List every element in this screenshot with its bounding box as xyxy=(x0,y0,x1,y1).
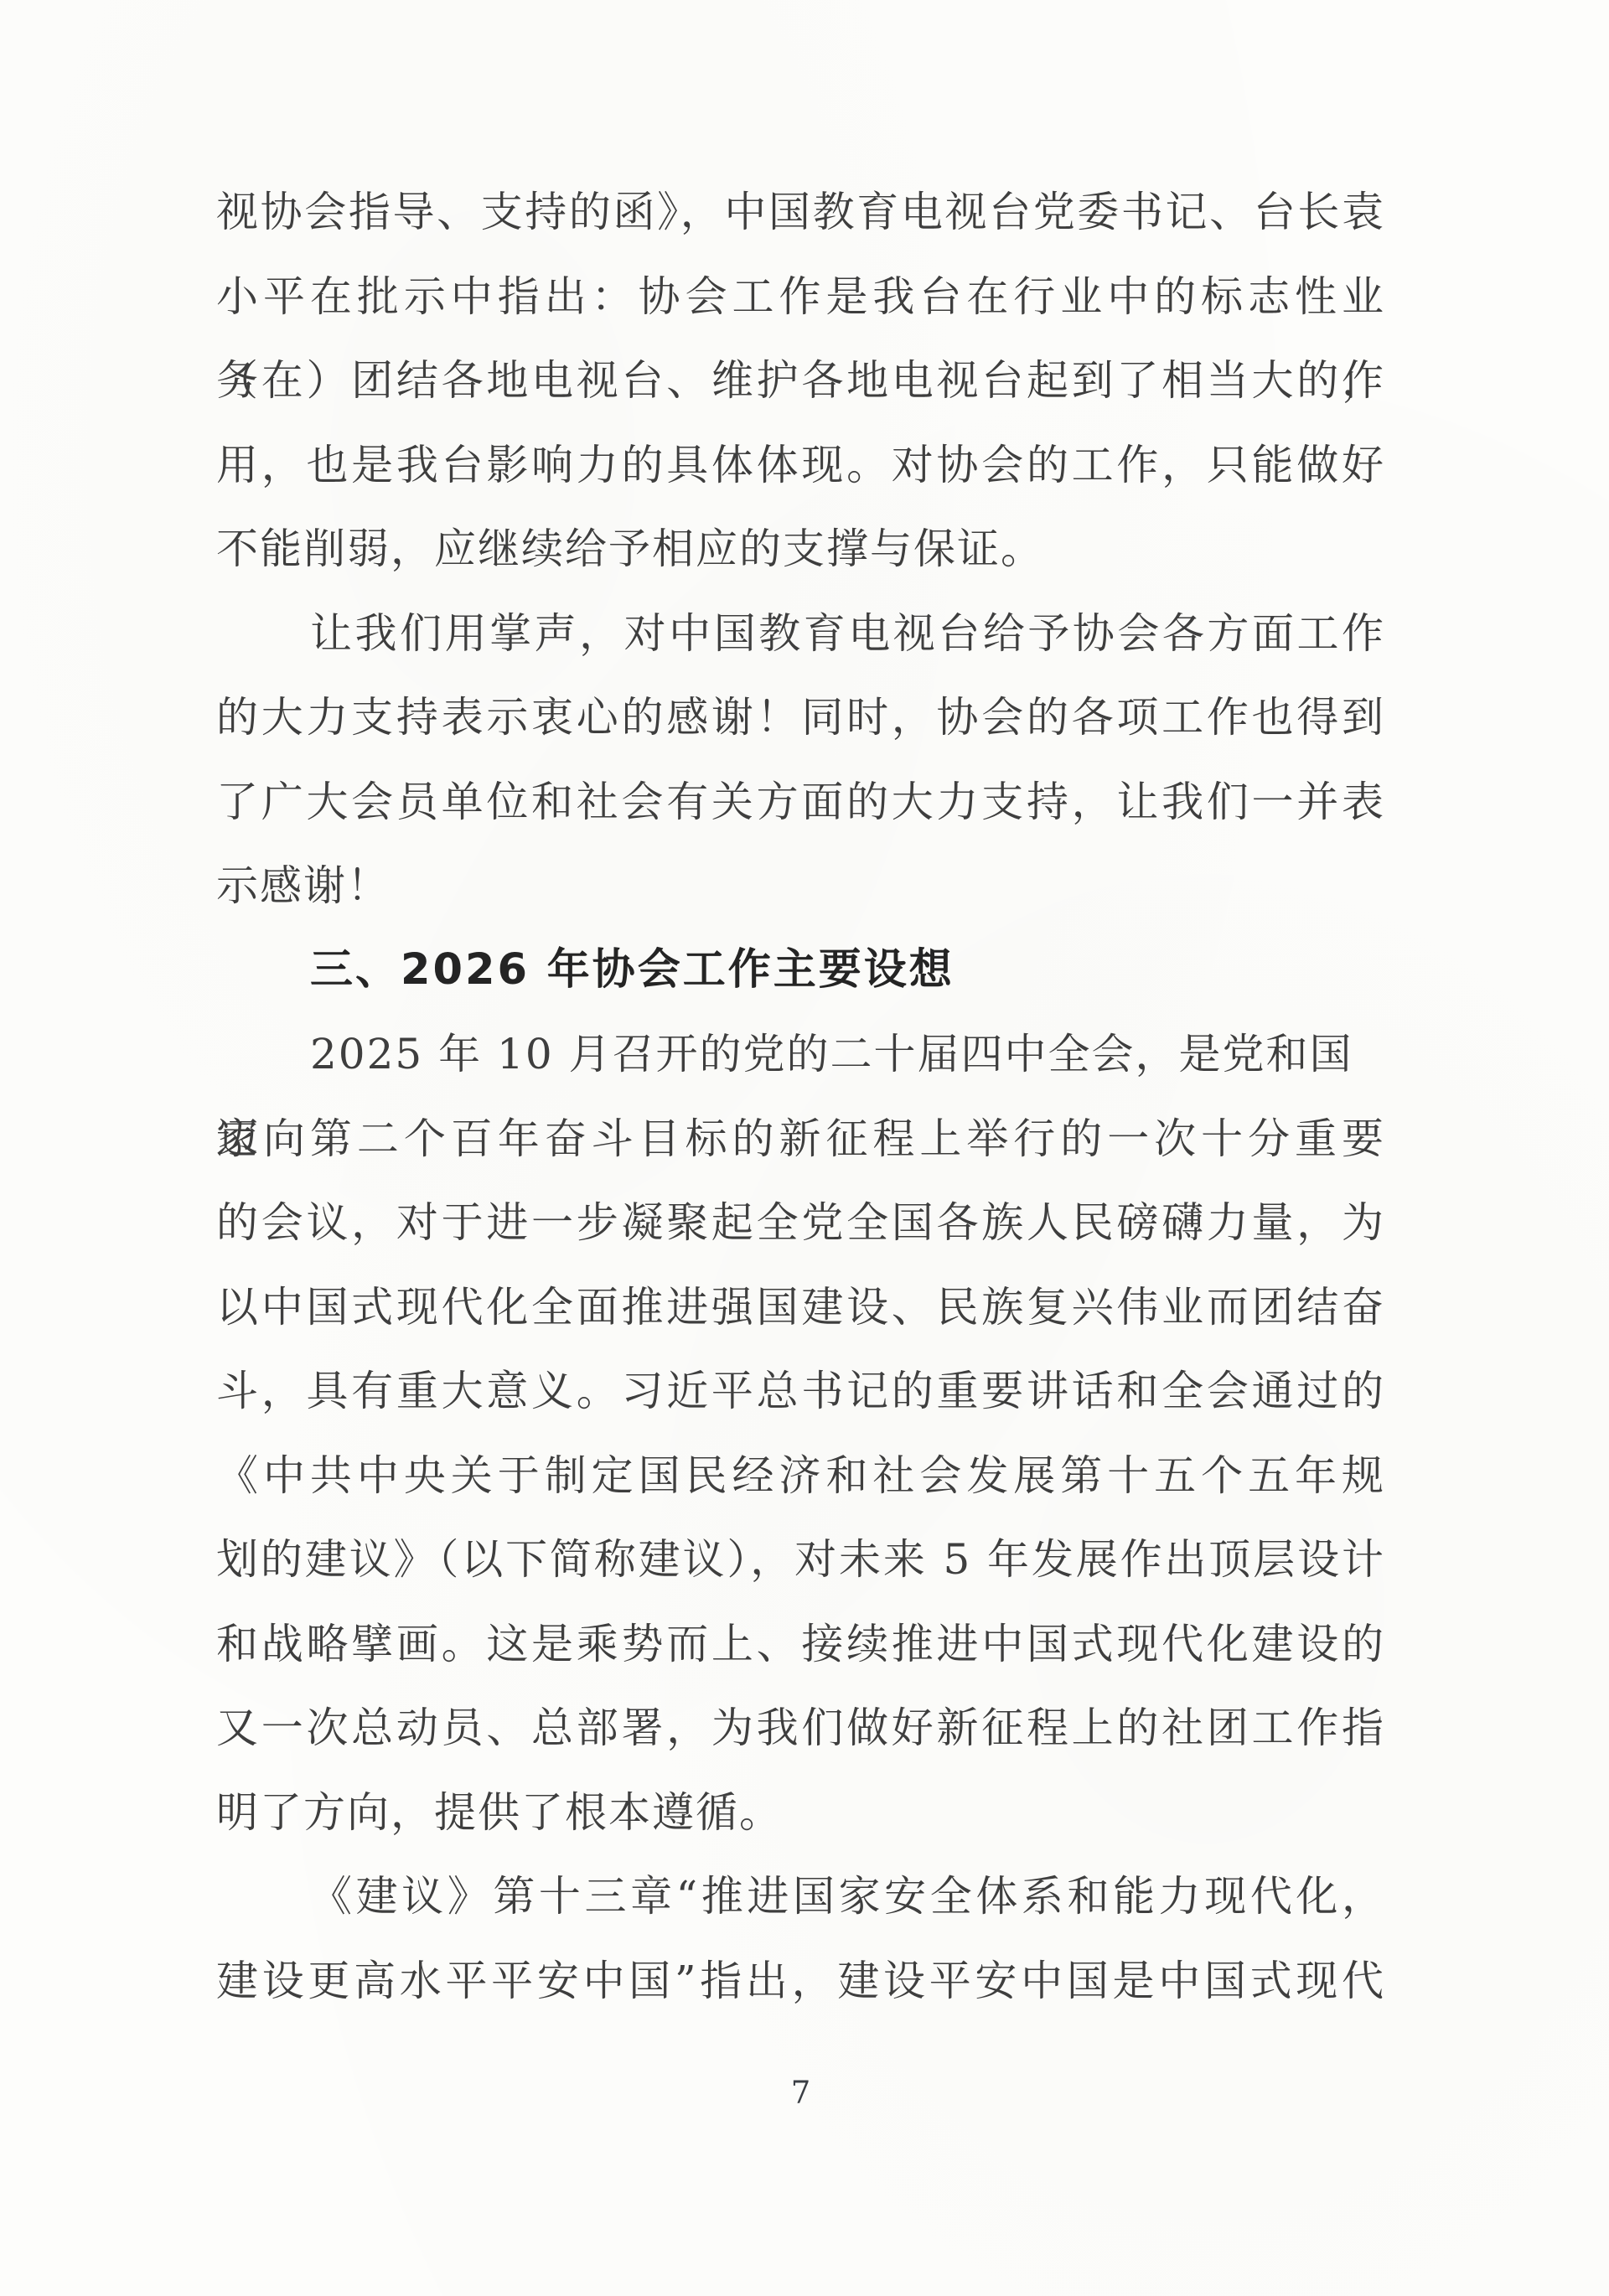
text-line: 小平在批示中指出：协会工作是我台在行业中的标志性业务， xyxy=(216,255,1385,339)
text-line: 的大力支持表示衷心的感谢！同时，协会的各项工作也得到 xyxy=(216,675,1385,760)
text-line: 2025 年 10 月召开的党的二十届四中全会，是党和国家 xyxy=(216,1012,1385,1097)
text-line: 示感谢！ xyxy=(216,844,1385,928)
text-line: 建设更高水平平安中国”指出，建设平安中国是中国式现代 xyxy=(216,1939,1385,2024)
page-number: 7 xyxy=(216,2068,1385,2118)
text-line: 又一次总动员、总部署，为我们做好新征程上的社团工作指 xyxy=(216,1686,1385,1771)
text-line: 和战略擘画。这是乘势而上、接续推进中国式现代化建设的 xyxy=(216,1602,1385,1687)
text-line: 视协会指导、支持的函》，中国教育电视台党委书记、台长袁 xyxy=(216,170,1385,255)
text-line: 《中共中央关于制定国民经济和社会发展第十五个五年规 xyxy=(216,1434,1385,1518)
text-line: 的会议，对于进一步凝聚起全党全国各族人民磅礴力量，为 xyxy=(216,1181,1385,1265)
text-line: （在）团结各地电视台、维护各地电视台起到了相当大的作 xyxy=(216,339,1385,423)
text-line: 让我们用掌声，对中国教育电视台给予协会各方面工作 xyxy=(216,592,1385,676)
text-line: 划的建议》（以下简称建议），对未来 5 年发展作出顶层设计 xyxy=(216,1518,1385,1602)
text-line: 《建议》第十三章“推进国家安全体系和能力现代化， xyxy=(216,1854,1385,1939)
text-line: 了广大会员单位和社会有关方面的大力支持，让我们一并表 xyxy=(216,760,1385,845)
section-heading: 三、2026 年协会工作主要设想 xyxy=(216,928,1385,1013)
document-page: 视协会指导、支持的函》，中国教育电视台党委书记、台长袁 小平在批示中指出：协会工… xyxy=(0,0,1609,2296)
text-line: 以中国式现代化全面推进强国建设、民族复兴伟业而团结奋 xyxy=(216,1265,1385,1350)
text-line: 不能削弱，应继续给予相应的支撑与保证。 xyxy=(216,507,1385,592)
text-line: 迈向第二个百年奋斗目标的新征程上举行的一次十分重要 xyxy=(216,1097,1385,1182)
text-line: 明了方向，提供了根本遵循。 xyxy=(216,1771,1385,1855)
text-line: 用，也是我台影响力的具体体现。对协会的工作，只能做好 xyxy=(216,423,1385,508)
text-line: 斗，具有重大意义。习近平总书记的重要讲话和全会通过的 xyxy=(216,1349,1385,1434)
document-body: 视协会指导、支持的函》，中国教育电视台党委书记、台长袁 小平在批示中指出：协会工… xyxy=(216,170,1385,2023)
